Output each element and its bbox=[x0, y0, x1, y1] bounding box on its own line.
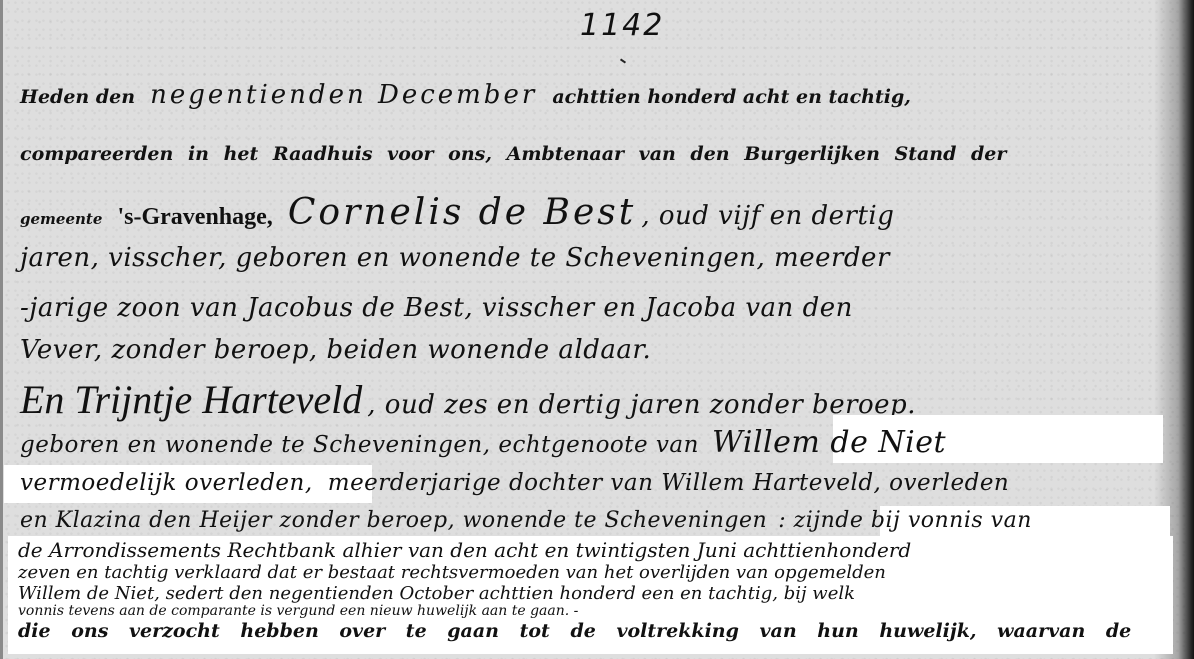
ink-mark bbox=[620, 58, 626, 63]
record-line-7: En Trijntje Harteveld , oud zes en derti… bbox=[20, 376, 916, 423]
first-husband-name: Willem de Niet bbox=[712, 425, 946, 460]
record-line-3: gemeente 's-Gravenhage, Cornelis de Best… bbox=[20, 192, 894, 233]
page-left-border bbox=[0, 0, 3, 659]
handwritten-text: , oud vijf en dertig bbox=[641, 201, 894, 231]
printed-text: compareerden in het Raadhuis voor ons, A… bbox=[20, 143, 1006, 165]
handwritten-text: jaren, visscher, geboren en wonende te S… bbox=[20, 243, 890, 273]
civil-registry-page: 1142 Heden den negentienden December ach… bbox=[0, 0, 1194, 659]
insert-line-4: vonnis tevens aan de comparante is vergu… bbox=[18, 603, 578, 619]
record-line-4: jaren, visscher, geboren en wonende te S… bbox=[20, 243, 890, 273]
handwritten-text: en Klazina den Heijer zonder beroep, won… bbox=[20, 508, 767, 533]
insert-line-3: Willem de Niet, sedert den negentienden … bbox=[18, 583, 855, 604]
handwritten-text: geboren en wonende te Scheveningen, echt… bbox=[20, 432, 699, 458]
handwritten-text: -jarige zoon van Jacobus de Best, vissch… bbox=[20, 293, 853, 323]
presumed-deceased-note: vermoedelijk overleden, bbox=[20, 470, 313, 496]
handwritten-date: negentienden December bbox=[150, 80, 537, 110]
insert-line-5: die ons verzocht hebben over te gaan tot… bbox=[18, 620, 1131, 642]
municipality-name: 's-Gravenhage, bbox=[117, 204, 272, 231]
insert-block: de Arrondissements Rechtbank alhier van … bbox=[8, 536, 1173, 654]
insert-line-2: zeven en tachtig verklaard dat er bestaa… bbox=[18, 562, 886, 583]
printed-text: Heden den bbox=[20, 86, 135, 108]
record-line-1: Heden den negentienden December achttien… bbox=[20, 80, 921, 110]
groom-name: Cornelis de Best bbox=[288, 192, 636, 233]
page-number: 1142 bbox=[580, 8, 664, 43]
court-ruling-start: : zijnde bij vonnis van bbox=[778, 508, 1032, 533]
record-line-9: vermoedelijk overleden, meerderjarige do… bbox=[20, 470, 1009, 496]
handwritten-text: Vever, zonder beroep, beiden wonende ald… bbox=[20, 335, 651, 365]
printed-text: gemeente bbox=[20, 210, 102, 228]
record-line-6: Vever, zonder beroep, beiden wonende ald… bbox=[20, 335, 651, 365]
bride-name: En Trijntje Harteveld bbox=[20, 377, 362, 422]
record-line-8: geboren en wonende te Scheveningen, echt… bbox=[20, 425, 946, 460]
insert-line-1: de Arrondissements Rechtbank alhier van … bbox=[18, 538, 911, 562]
handwritten-text: meerderjarige dochter van Willem Harteve… bbox=[328, 470, 1009, 496]
record-line-5: -jarige zoon van Jacobus de Best, vissch… bbox=[20, 293, 853, 323]
record-line-2: compareerden in het Raadhuis voor ons, A… bbox=[20, 143, 1016, 165]
printed-text: achttien honderd acht en tachtig, bbox=[552, 86, 911, 108]
record-line-10: en Klazina den Heijer zonder beroep, won… bbox=[20, 508, 1032, 533]
